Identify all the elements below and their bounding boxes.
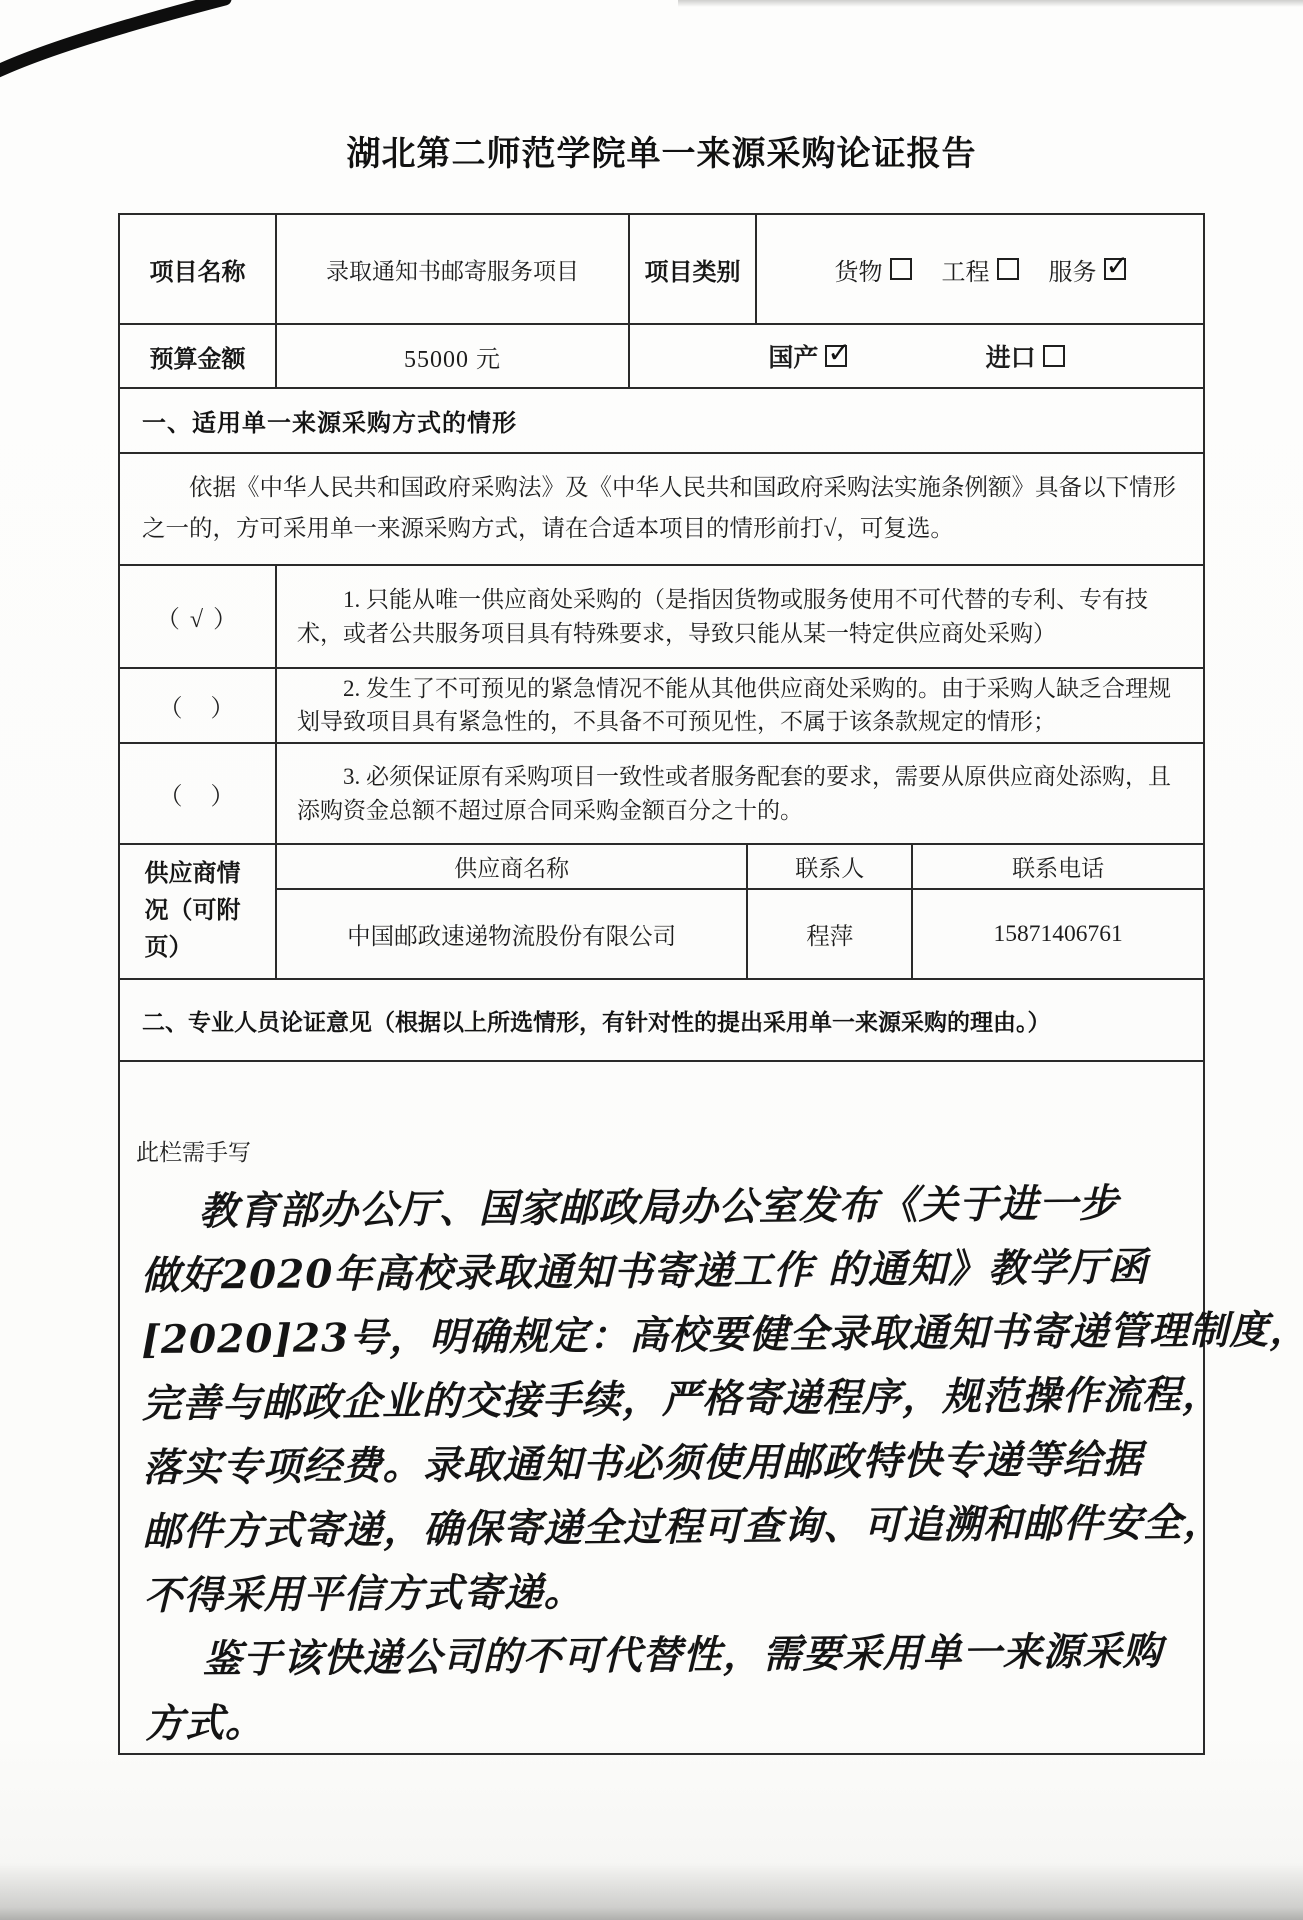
handwritten-line: 做好2020年高校录取通知书寄递工作 的通知》教学厅函 bbox=[141, 1235, 1192, 1308]
handwritten-line: 邮件方式寄递，确保寄递全过程可查询、可追溯和邮件安全， bbox=[143, 1491, 1194, 1564]
option-goods: 货物 bbox=[835, 252, 912, 287]
supplier-phone-header: 联系电话 bbox=[913, 845, 1203, 888]
domestic-checkbox bbox=[825, 345, 847, 367]
project-name-value: 录取通知书邮寄服务项目 bbox=[277, 215, 630, 323]
condition-item-2: （ ） 2. 发生了不可预见的紧急情况不能从其他供应商处采购的。由于采购人缺乏合… bbox=[120, 669, 1203, 744]
row-section1-intro: 依据《中华人民共和国政府采购法》及《中华人民共和国政府采购法实施条例额》具备以下… bbox=[120, 454, 1203, 566]
handwritten-line: 不得采用平信方式寄递。 bbox=[143, 1555, 1194, 1628]
pen-mark-artifact bbox=[0, 0, 240, 87]
budget-label: 预算金额 bbox=[120, 325, 277, 387]
services-checkbox bbox=[1104, 258, 1126, 280]
option-import: 进口 bbox=[986, 338, 1065, 374]
section2-content-cell: 此栏需手写 教育部办公厅、国家邮政局办公室发布《关于进一步 做好2020年高校录… bbox=[120, 1062, 1203, 1753]
option-services-label: 服务 bbox=[1049, 252, 1097, 287]
option-services: 服务 bbox=[1049, 252, 1126, 287]
handwritten-line: 落实专项经费。录取通知书必须使用邮政特快专递等给据 bbox=[142, 1427, 1193, 1500]
handwrite-note: 此栏需手写 bbox=[136, 1134, 251, 1167]
option-import-label: 进口 bbox=[986, 338, 1036, 374]
row-section1-heading: 一、适用单一来源采购方式的情形 bbox=[120, 389, 1203, 454]
item2-text-cell: 2. 发生了不可预见的紧急情况不能从其他供应商处采购的。由于采购人缺乏合理规划导… bbox=[277, 669, 1203, 742]
item2-text: 2. 发生了不可预见的紧急情况不能从其他供应商处采购的。由于采购人缺乏合理规划导… bbox=[277, 673, 1203, 738]
section2-heading: 二、专业人员论证意见（根据以上所选情形，有针对性的提出采用单一来源采购的理由。） bbox=[120, 980, 1203, 1060]
works-checkbox bbox=[997, 258, 1019, 280]
scan-edge-shadow-bottom bbox=[0, 1862, 1303, 1920]
condition-item-1: （ √ ） 1. 只能从唯一供应商处采购的（是指因货物或服务使用不可代替的专利、… bbox=[120, 566, 1203, 669]
option-works-label: 工程 bbox=[942, 252, 990, 287]
page-title: 湖北第二师范学院单一来源采购论证报告 bbox=[118, 126, 1205, 175]
supplier-name-header: 供应商名称 bbox=[277, 845, 748, 888]
supplier-data-row: 中国邮政速递物流股份有限公司 程萍 15871406761 bbox=[277, 890, 1203, 978]
section1-heading: 一、适用单一来源采购方式的情形 bbox=[120, 389, 1203, 452]
item1-text-cell: 1. 只能从唯一供应商处采购的（是指因货物或服务使用不可代替的专利、专有技术，或… bbox=[277, 566, 1203, 667]
project-name-label: 项目名称 bbox=[120, 215, 277, 323]
handwritten-line: 方式。 bbox=[144, 1683, 1195, 1756]
item1-text: 1. 只能从唯一供应商处采购的（是指因货物或服务使用不可代替的专利、专有技术，或… bbox=[277, 583, 1203, 651]
origin-options: 国产 进口 bbox=[630, 325, 1203, 387]
handwritten-line: 鉴于该快递公司的不可代替性，需要采用单一来源采购 bbox=[144, 1619, 1195, 1692]
supplier-phone-value: 15871406761 bbox=[913, 890, 1203, 978]
section1-intro: 依据《中华人民共和国政府采购法》及《中华人民共和国政府采购法实施条例额》具备以下… bbox=[120, 468, 1203, 550]
supplier-header-row: 供应商名称 联系人 联系电话 bbox=[277, 845, 1203, 890]
supplier-contact-value: 程萍 bbox=[748, 890, 913, 978]
budget-value: 55000 元 bbox=[277, 325, 630, 387]
handwritten-line: 教育部办公厅、国家邮政局办公室发布《关于进一步 bbox=[140, 1171, 1191, 1244]
supplier-row-label: 供应商情况（可附页） bbox=[145, 856, 251, 967]
row-budget: 预算金额 55000 元 国产 进口 bbox=[120, 325, 1203, 389]
project-type-options: 货物 工程 服务 bbox=[757, 215, 1203, 323]
scanned-page: 湖北第二师范学院单一来源采购论证报告 项目名称 录取通知书邮寄服务项目 项目类别… bbox=[0, 0, 1303, 1920]
option-domestic-label: 国产 bbox=[768, 338, 818, 374]
item3-check-mark: （ ） bbox=[120, 744, 277, 843]
handwritten-line: 完善与邮政企业的交接手续，严格寄递程序，规范操作流程， bbox=[142, 1363, 1193, 1436]
goods-checkbox bbox=[890, 258, 912, 280]
row-project: 项目名称 录取通知书邮寄服务项目 项目类别 货物 工程 服务 bbox=[120, 215, 1203, 325]
supplier-row-label-cell: 供应商情况（可附页） bbox=[120, 845, 277, 978]
report-table: 项目名称 录取通知书邮寄服务项目 项目类别 货物 工程 服务 预算金额 bbox=[118, 213, 1205, 1755]
section1-intro-cell: 依据《中华人民共和国政府采购法》及《中华人民共和国政府采购法实施条例额》具备以下… bbox=[120, 454, 1203, 564]
condition-item-3: （ ） 3. 必须保证原有采购项目一致性或者服务配套的要求，需要从原供应商处添购… bbox=[120, 744, 1203, 845]
option-works: 工程 bbox=[942, 252, 1019, 287]
row-section2-heading: 二、专业人员论证意见（根据以上所选情形，有针对性的提出采用单一来源采购的理由。） bbox=[120, 980, 1203, 1062]
item2-check-mark: （ ） bbox=[120, 669, 277, 742]
import-checkbox bbox=[1043, 345, 1065, 367]
supplier-table: 供应商名称 联系人 联系电话 中国邮政速递物流股份有限公司 程萍 1587140… bbox=[277, 845, 1203, 978]
supplier-contact-header: 联系人 bbox=[748, 845, 913, 888]
handwritten-line: [2020]23号，明确规定：高校要健全录取通知书寄递管理制度， bbox=[141, 1299, 1192, 1372]
handwritten-opinion: 教育部办公厅、国家邮政局办公室发布《关于进一步 做好2020年高校录取通知书寄递… bbox=[140, 1171, 1195, 1756]
option-domestic: 国产 bbox=[768, 338, 847, 374]
item3-text: 3. 必须保证原有采购项目一致性或者服务配套的要求，需要从原供应商处添购，且添购… bbox=[277, 760, 1203, 828]
supplier-name-value: 中国邮政速递物流股份有限公司 bbox=[277, 890, 748, 978]
option-goods-label: 货物 bbox=[835, 252, 883, 287]
project-type-label: 项目类别 bbox=[630, 215, 757, 323]
item3-text-cell: 3. 必须保证原有采购项目一致性或者服务配套的要求，需要从原供应商处添购，且添购… bbox=[277, 744, 1203, 843]
supplier-section: 供应商情况（可附页） 供应商名称 联系人 联系电话 中国邮政速递物流股份有限公司… bbox=[120, 845, 1203, 980]
item1-check-mark: （ √ ） bbox=[120, 566, 277, 667]
scan-edge-shadow-top bbox=[678, 0, 1303, 7]
